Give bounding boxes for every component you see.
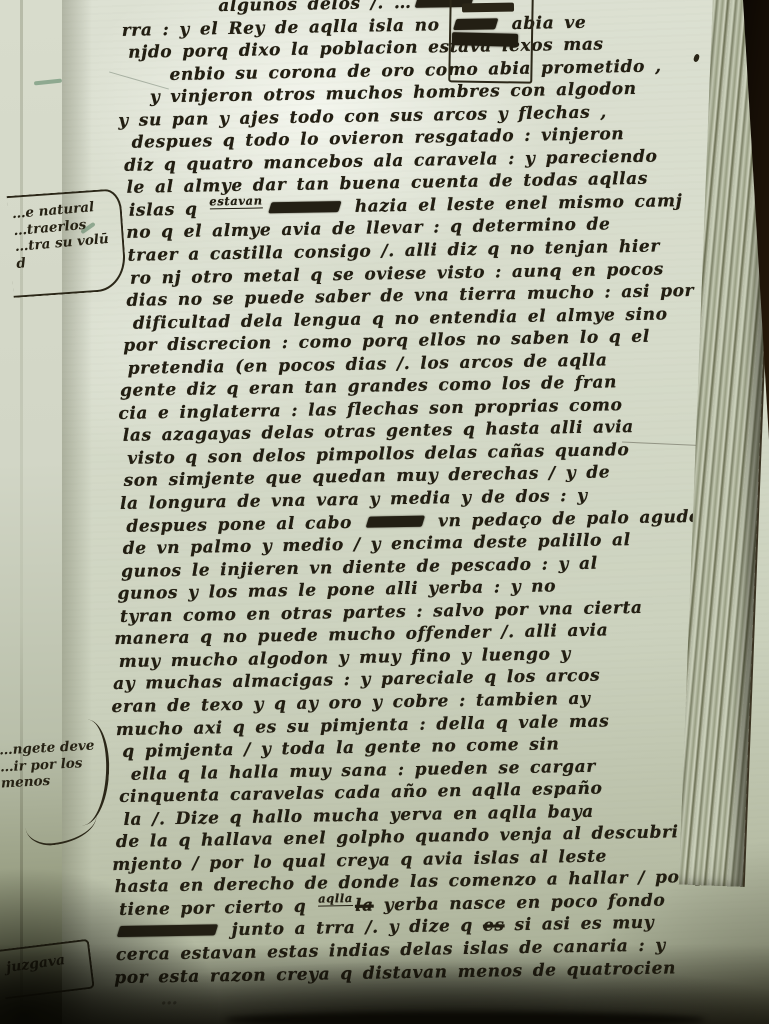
blackout-bar [452, 32, 518, 47]
handwritten-text: tiene por cierto q [119, 896, 317, 919]
struck-word-smear [117, 925, 218, 938]
bottom-shadow-strip [225, 1012, 705, 1024]
struck-word: la [355, 895, 374, 915]
handwritten-text: yerba nasce en poco fondo [373, 890, 665, 915]
handwritten-text: algunos delos /. … [218, 0, 412, 16]
handwritten-text: rra : y el Rey de aqlla isla no [122, 15, 450, 41]
margin-note-middle: …ngete deve…ir por losmenos [0, 738, 97, 792]
manuscript-text: algunos delos /. … …rra : y el Rey de aq… [113, 0, 697, 1012]
struck-word-smear [268, 201, 341, 213]
gutter-shadow [62, 0, 92, 1024]
struck-word-smear-top [462, 3, 514, 13]
handwritten-text: … [160, 989, 178, 1009]
photo-of-manuscript-page: algunos delos /. … …rra : y el Rey de aq… [0, 0, 769, 1024]
handwritten-text: vn pedaço de palo agudo / [428, 506, 718, 531]
handwritten-text: islas q [129, 199, 208, 220]
left-page-fold-line [20, 0, 23, 1024]
inserted-word: aqlla [318, 891, 353, 907]
handwritten-text: si asi es muy [504, 913, 654, 936]
struck-word-smear [365, 515, 424, 527]
handwritten-text: junto a trra /. y dize q [221, 916, 483, 941]
margin-note-top: …e natural…traerlos…tra su volūd [11, 198, 111, 272]
inserted-word: estavan [209, 193, 263, 209]
left-page-edge [0, 0, 63, 1024]
handwritten-text: despues pone al cabo [126, 512, 362, 536]
struck-word: es [483, 916, 505, 936]
